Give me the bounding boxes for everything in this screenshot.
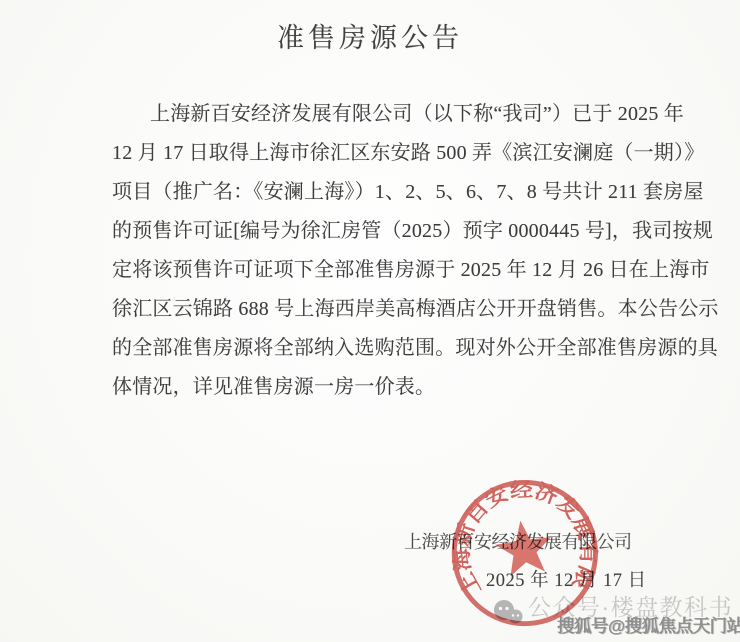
company-seal: 上海新百安经济发展有限公司 xyxy=(446,473,604,639)
body-line: 徐汇区云锦路 688 号上海西岸美高梅酒店公开开盘销售。本公告公示 xyxy=(112,290,629,329)
body-line: 项目（推广名：《安澜上海》）1、2、5、6、7、8 号共计 211 套房屋 xyxy=(112,173,629,212)
body-line: 定将该预售许可证项下全部准售房源于 2025 年 12 月 26 日在上海市 xyxy=(112,251,629,290)
document-title: 准售房源公告 xyxy=(0,16,740,55)
body-line: 体情况，详见准售房源一房一价表。 xyxy=(112,368,629,407)
body-line: 12 月 17 日取得上海市徐汇区东安路 500 弄《滨江安澜庭（一期）》 xyxy=(112,134,629,173)
body-line: 的全部准售房源将全部纳入选购范围。现对外公开全部准售房源的具 xyxy=(112,329,629,368)
body-line: 的预售许可证[编号为徐汇房管（2025）预字 0000445 号]，我司按规 xyxy=(112,212,629,251)
announcement-document: 准售房源公告 上海新百安经济发展有限公司（以下称“我司”）已于 2025 年 1… xyxy=(0,0,740,642)
announcement-body: 上海新百安经济发展有限公司（以下称“我司”）已于 2025 年 12 月 17 … xyxy=(112,95,629,407)
body-line: 上海新百安经济发展有限公司（以下称“我司”）已于 2025 年 xyxy=(112,95,629,134)
seal-star xyxy=(492,517,555,578)
